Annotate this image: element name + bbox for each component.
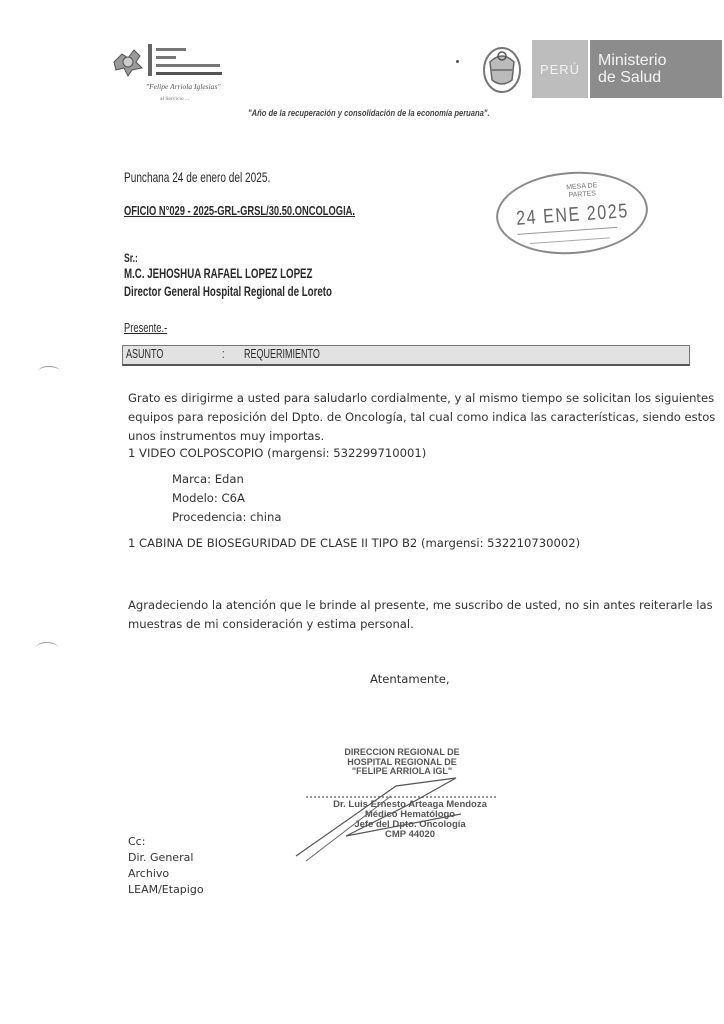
hospital-motto: al Servicio ... [160,96,189,102]
year-motto: "Año de la recuperación y consolidación … [248,108,490,119]
stamp-line [530,237,610,244]
requested-item-2: 1 CABINA DE BIOSEGURIDAD DE CLASE II TIP… [128,534,580,553]
closing-salutation: Atentamente, [370,670,450,689]
cc-recipient: LEAM/Etapigo [128,882,204,898]
intro-paragraph: Grato es dirigirme a usted para saludarl… [128,389,718,446]
subject-value: REQUERIMIENTO [244,347,320,361]
cc-recipient: Archivo [128,866,204,882]
ministry-line2: de Salud [598,69,722,86]
addressee-name: M.C. JEHOSHUA RAFAEL LOPEZ LOPEZ [124,266,312,281]
cc-block: Cc: Dir. General Archivo LEAM/Etapigo [128,834,204,898]
place-date: Punchana 24 de enero del 2025. [124,169,270,185]
subject-label: ASUNTO [126,347,163,361]
item-1-specs: Marca: Edan Modelo: C6A Procedencia: chi… [172,470,281,527]
subject-separator: : [222,347,225,361]
presente-label: Presente.- [124,320,167,335]
hospital-name-mark [148,44,224,76]
peru-coat-of-arms-icon [478,40,526,96]
scan-mark [456,60,459,63]
spec-origin: Procedencia: china [172,508,281,527]
punch-hole-mark [38,366,60,377]
stamp-office: MESA DE PARTES [566,182,598,200]
hospital-emblem-icon [110,44,146,80]
hospital-logo: "Felipe Arriola Iglesias" al Servicio ..… [108,40,228,120]
ministry-line1: Ministerio [598,52,722,69]
spec-brand: Marca: Edan [172,470,281,489]
document-reference: OFICIO N°029 - 2025-GRL-GRSL/30.50.ONCOL… [124,203,355,218]
reception-stamp: MESA DE PARTES 24 ENE 2025 [493,167,650,259]
ministry-logo: PERÚ Ministerio de Salud [478,40,722,98]
spec-model: Modelo: C6A [172,489,281,508]
cc-recipient: Dir. General [128,850,204,866]
subject-box [122,345,690,366]
peru-label: PERÚ [532,40,590,98]
requested-item-1: 1 VIDEO COLPOSCOPIO (margensi: 532299710… [128,444,426,463]
handwritten-signature-icon [286,756,506,866]
signature-block: DIRECCION REGIONAL DE HOSPITAL REGIONAL … [296,746,516,856]
addressee-title: Director General Hospital Regional de Lo… [124,284,332,299]
ministry-name: Ministerio de Salud [590,40,722,98]
punch-hole-mark [36,642,58,653]
salutation-prefix: Sr.: [124,251,138,265]
closing-paragraph: Agradeciendo la atención que le brinde a… [128,596,724,634]
stamp-office-line2: PARTES [568,190,596,199]
cc-label: Cc: [128,834,204,850]
hospital-slogan: "Felipe Arriola Iglesias" [146,82,221,91]
